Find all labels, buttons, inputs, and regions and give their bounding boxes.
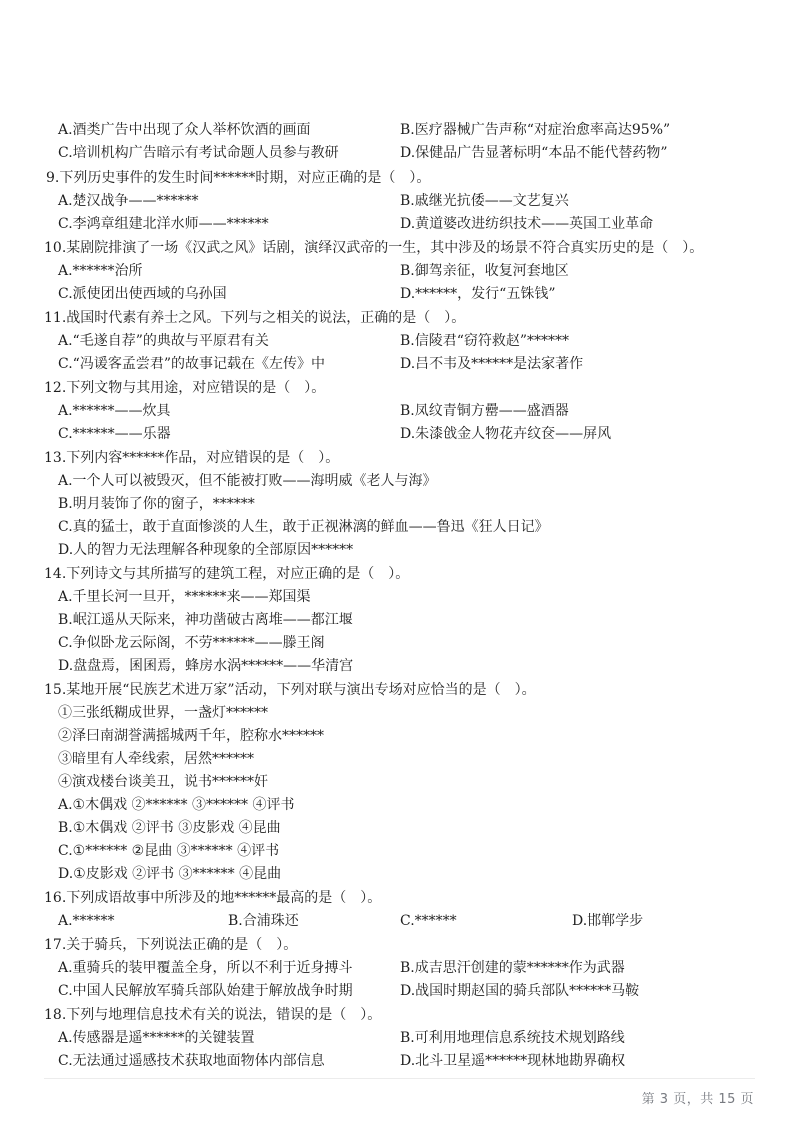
q12-option-d: D.朱漆戗金人物花卉纹奁——屏风 [400,424,611,444]
q14-stem: 14.下列诗文与其所描写的建筑工程，对应正确的是（ ）。 [44,564,409,584]
exam-page: A.酒类广告中出现了众人举杯饮酒的画面 B.医疗器械广告声称“对症治愈率高达95… [0,0,800,1132]
q13-option-a: A.一个人可以被毁灭，但不能被打败——海明威《老人与海》 [58,471,437,491]
q17-option-b: B.成吉思汗创建的蒙******作为武器 [400,958,625,978]
q9-option-a: A.楚汉战争——****** [58,191,199,211]
q12-option-b: B.凤纹青铜方罍——盛酒器 [400,401,569,421]
q14-option-b: B.岷江遥从天际来，神功凿破古离堆——都江堰 [58,610,353,630]
q15-option-d: D.①皮影戏 ②评书 ③****** ④昆曲 [58,864,281,884]
q18-option-c: C.无法通过遥感技术获取地面物体内部信息 [58,1051,325,1071]
q10-option-a: A.******治所 [58,261,143,281]
q8-option-c: C.培训机构广告暗示有考试命题人员参与教研 [58,143,339,163]
q9-option-d: D.黄道婆改进纺织技术——英国工业革命 [400,214,653,234]
q17-stem: 17.关于骑兵，下列说法正确的是（ ）。 [44,935,297,955]
q11-option-d: D.吕不韦及******是法家著作 [400,354,583,374]
q13-option-b: B.明月装饰了你的窗子，****** [58,494,255,514]
q15-couplet-2: ②泽曰南湖誉满摇城两千年，腔称水****** [58,726,324,746]
q17-option-d: D.战国时期赵国的骑兵部队******马鞍 [400,981,639,1001]
q13-stem: 13.下列内容******作品，对应错误的是（ ）。 [44,448,339,468]
q15-couplet-4: ④演戏楼台谈美丑，说书******奸 [58,772,268,792]
q12-option-c: C.******——乐器 [58,424,171,444]
q9-stem: 9.下列历史事件的发生时间******时期，对应正确的是（ ）。 [46,168,430,188]
q10-stem: 10.某剧院排演了一场《汉武之风》话剧，演绎汉武帝的一生，其中涉及的场景不符合真… [44,238,703,258]
q13-option-d: D.人的智力无法理解各种现象的全部原因****** [58,540,353,560]
q9-option-c: C.李鸿章组建北洋水师——****** [58,214,269,234]
q15-stem: 15.某地开展“民族艺术进万家”活动，下列对联与演出专场对应恰当的是（ ）。 [44,680,536,700]
q14-option-d: D.盘盘焉，囷囷焉，蜂房水涡******——华清宫 [58,656,353,676]
q15-option-c: C.①****** ②昆曲 ③****** ④评书 [58,841,279,861]
q15-couplet-3: ③暗里有人牵线索，居然****** [58,749,254,769]
q16-option-d: D.邯郸学步 [572,911,643,931]
q16-option-c: C.****** [400,911,457,931]
q11-option-c: C.“冯谖客孟尝君”的故事记载在《左传》中 [58,354,325,374]
q8-option-b: B.医疗器械广告声称“对症治愈率高达95%” [400,120,670,140]
q18-stem: 18.下列与地理信息技术有关的说法，错误的是（ ）。 [44,1005,381,1025]
q13-option-c: C.真的猛士，敢于直面惨淡的人生，敢于正视淋漓的鲜血——鲁迅《狂人日记》 [58,517,549,537]
q14-option-c: C.争似卧龙云际阁，不劳******——滕王阁 [58,633,325,653]
q14-option-a: A.千里长河一旦开，******来——郑国渠 [58,587,311,607]
q11-option-a: A.“毛遂自荐”的典故与平原君有关 [58,331,269,351]
q15-couplet-1: ①三张纸糊成世界，一盏灯****** [58,703,268,723]
q12-stem: 12.下列文物与其用途，对应错误的是（ ）。 [44,378,325,398]
q10-option-d: D.******，发行“五铢钱” [400,284,556,304]
q18-option-b: B.可利用地理信息系统技术规划路线 [400,1028,625,1048]
q8-option-a: A.酒类广告中出现了众人举杯饮酒的画面 [58,120,311,140]
q16-option-a: A.****** [58,911,115,931]
q15-option-a: A.①木偶戏 ②****** ③****** ④评书 [58,795,294,815]
q8-option-d: D.保健品广告显著标明“本品不能代替药物” [400,143,668,163]
q12-option-a: A.******——炊具 [58,401,171,421]
page-indicator: 第 3 页，共 15 页 [642,1088,754,1107]
q18-option-a: A.传感器是遥******的关键装置 [58,1028,255,1048]
q10-option-c: C.派使团出使西域的乌孙国 [58,284,227,304]
q17-option-a: A.重骑兵的装甲覆盖全身，所以不利于近身搏斗 [58,958,353,978]
q15-option-b: B.①木偶戏 ②评书 ③皮影戏 ④昆曲 [58,818,281,838]
q11-stem: 11.战国时代素有养士之风。下列与之相关的说法，正确的是（ ）。 [44,308,465,328]
q17-option-c: C.中国人民解放军骑兵部队始建于解放战争时期 [58,981,353,1001]
q18-option-d: D.北斗卫星遥******现林地勘界确权 [400,1051,625,1071]
q10-option-b: B.御驾亲征，收复河套地区 [400,261,569,281]
footer-divider [44,1078,755,1079]
q11-option-b: B.信陵君“窃符救赵”****** [400,331,569,351]
q9-option-b: B.戚继光抗倭——文艺复兴 [400,191,569,211]
q16-stem: 16.下列成语故事中所涉及的地******最高的是（ ）。 [44,888,381,908]
q16-option-b: B.合浦珠还 [228,911,299,931]
